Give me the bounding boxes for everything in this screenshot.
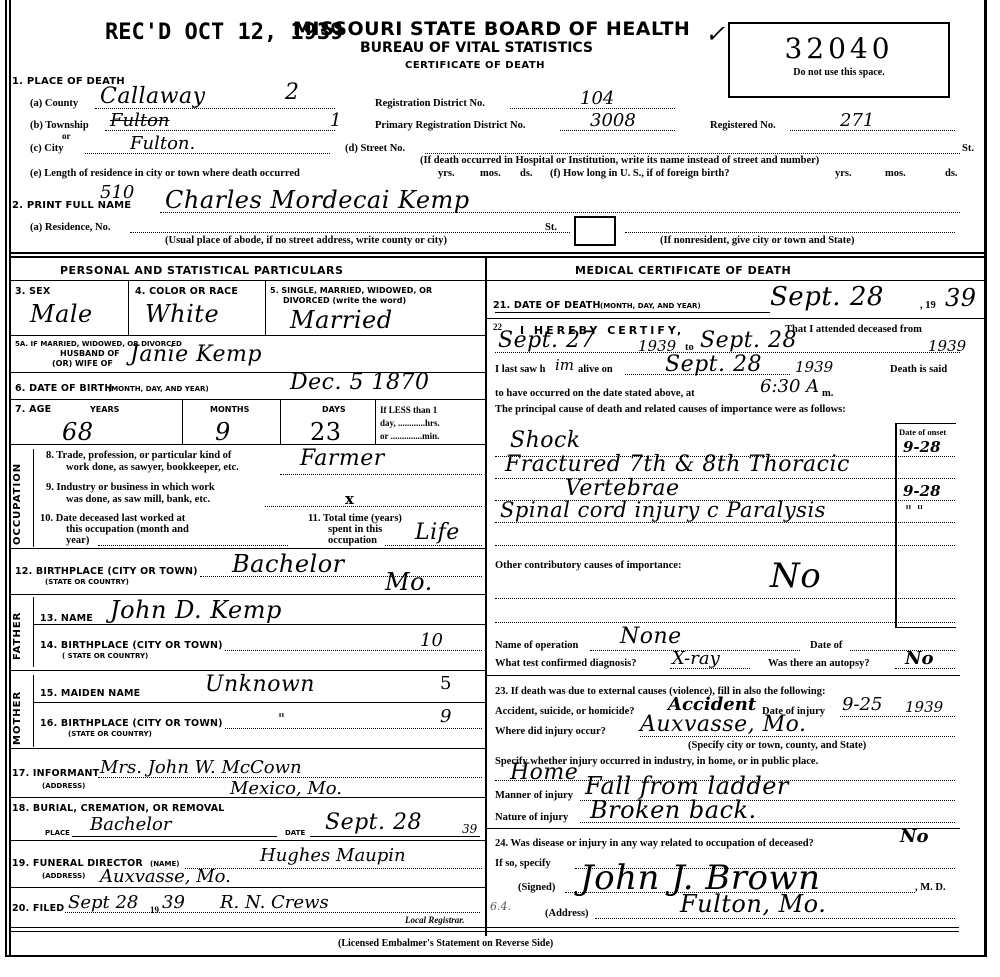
city-line bbox=[85, 153, 330, 154]
days-label: DAYS bbox=[322, 405, 346, 414]
age-label: 7. AGE bbox=[15, 404, 51, 415]
industry-label: 9. Industry or business in which work bbox=[46, 482, 215, 493]
total-time-value[interactable]: Life bbox=[415, 520, 460, 545]
informant-addr-label: (ADDRESS) bbox=[42, 782, 85, 790]
reg-district-value[interactable]: 104 bbox=[580, 88, 614, 109]
years-value[interactable]: 68 bbox=[62, 418, 94, 446]
rule bbox=[9, 840, 485, 841]
spouse-label-3: (OR) WIFE OF bbox=[52, 359, 113, 368]
primary-reg-label: Primary Registration District No. bbox=[375, 120, 525, 131]
father-name-value[interactable]: John D. Kemp bbox=[110, 596, 282, 624]
rule bbox=[485, 828, 960, 829]
filed-year-prefix: 19 bbox=[150, 905, 159, 915]
rule bbox=[485, 675, 960, 676]
occ-related-value[interactable]: No bbox=[900, 826, 928, 847]
burial-label: 18. BURIAL, CREMATION, OR REMOVAL bbox=[12, 803, 225, 814]
mother-bp-value[interactable]: " bbox=[278, 710, 285, 728]
city-label: (c) City bbox=[30, 143, 64, 154]
burial-date-line bbox=[310, 836, 480, 837]
injury-year[interactable]: 1939 bbox=[905, 698, 943, 716]
burial-place-label: PLACE bbox=[45, 829, 70, 837]
separator bbox=[9, 252, 984, 254]
rule bbox=[9, 594, 485, 595]
separator-2 bbox=[9, 256, 984, 258]
burial-place-line bbox=[72, 836, 277, 837]
margin-note: 6.4. bbox=[490, 900, 511, 913]
operation-date-line[interactable] bbox=[850, 650, 955, 651]
other-causes-line-1 bbox=[495, 598, 955, 599]
address-line bbox=[595, 918, 955, 919]
attended-from[interactable]: Sept. 27 bbox=[498, 328, 595, 353]
autopsy-value[interactable]: No bbox=[905, 648, 933, 669]
mother-bp-sub: (STATE OR COUNTRY) bbox=[68, 730, 152, 738]
rule bbox=[9, 748, 485, 749]
right-border bbox=[984, 0, 987, 955]
trade-label-2: work done, as sawyer, bookkeeper, etc. bbox=[66, 462, 239, 473]
informant-label: 17. INFORMANT bbox=[12, 768, 99, 779]
residence-note: (Usual place of abode, if no street addr… bbox=[165, 235, 447, 246]
county-value[interactable]: Callaway bbox=[100, 84, 206, 109]
rule bbox=[33, 624, 485, 625]
registered-no-label: Registered No. bbox=[710, 120, 776, 131]
father-side-label: FATHER bbox=[12, 612, 23, 660]
external-label: 23. If death was due to external causes … bbox=[495, 686, 825, 697]
mother-name-label: 15. MAIDEN NAME bbox=[40, 688, 140, 699]
file-number: 32040 bbox=[730, 32, 948, 65]
birthplace-label: 12. BIRTHPLACE (CITY OR TOWN) bbox=[15, 566, 198, 577]
cause-intro: The principal cause of death and related… bbox=[495, 404, 846, 415]
onset-3[interactable]: 9-28 bbox=[903, 482, 941, 500]
file-note: Do not use this space. bbox=[730, 67, 948, 78]
or-label: or bbox=[62, 131, 71, 141]
residence-line[interactable] bbox=[130, 232, 570, 233]
less-label-2: day, ............hrs. bbox=[380, 418, 440, 428]
last-saw-date[interactable]: Sept. 28 bbox=[665, 352, 762, 377]
rule bbox=[280, 400, 281, 444]
separator-bottom-2 bbox=[9, 931, 959, 932]
death-said: Death is said bbox=[890, 364, 947, 375]
nature-label: Nature of injury bbox=[495, 812, 568, 823]
rule bbox=[9, 797, 485, 798]
if-so-label: If so, specify bbox=[495, 858, 551, 869]
burial-date-value[interactable]: Sept. 28 bbox=[325, 810, 422, 835]
spouse-label-2: HUSBAND OF bbox=[60, 349, 120, 358]
occupation-side-label: OCCUPATION bbox=[12, 463, 23, 545]
total-time-label: 11. Total time (years) bbox=[308, 513, 402, 524]
onset-bottom bbox=[896, 627, 956, 628]
township-value[interactable]: Fulton bbox=[110, 110, 170, 131]
mother-bp-code: 9 bbox=[440, 706, 451, 727]
separator-bottom bbox=[9, 927, 959, 928]
primary-reg-value[interactable]: 3008 bbox=[590, 110, 636, 131]
footer-note: (Licensed Embalmer's Statement on Revers… bbox=[338, 938, 553, 949]
funeral-addr-value[interactable]: Auxvasse, Mo. bbox=[100, 866, 231, 887]
signed-label: (Signed) bbox=[518, 882, 555, 893]
race-value[interactable]: White bbox=[145, 300, 219, 328]
mos-label: mos. bbox=[480, 168, 501, 179]
last-saw-label: I last saw h bbox=[495, 364, 545, 375]
address-label: (Address) bbox=[545, 908, 589, 919]
bottom-border bbox=[5, 955, 987, 957]
last-worked-line[interactable] bbox=[98, 545, 288, 546]
nature-value[interactable]: Broken back. bbox=[590, 796, 757, 824]
occurred-label: to have occurred on the date stated abov… bbox=[495, 388, 695, 399]
father-bp-sub: ( STATE OR COUNTRY) bbox=[62, 652, 148, 660]
where-note: (Specify city or town, county, and State… bbox=[688, 740, 866, 751]
race-label: 4. COLOR OR RACE bbox=[135, 286, 238, 297]
cause-line-2 bbox=[495, 478, 955, 479]
mother-side-label: MOTHER bbox=[12, 691, 23, 745]
township-label: (b) Township bbox=[30, 120, 89, 131]
trade-label: 8. Trade, profession, or particular kind… bbox=[46, 450, 231, 461]
dod-year[interactable]: 39 bbox=[945, 284, 977, 312]
onset-1[interactable]: 9-28 bbox=[903, 438, 941, 456]
file-number-box: 32040 Do not use this space. bbox=[728, 22, 950, 98]
rule bbox=[485, 280, 984, 281]
onset-label: Date of onset bbox=[899, 427, 946, 437]
father-bp-label: 14. BIRTHPLACE (CITY OR TOWN) bbox=[40, 640, 223, 651]
industry-line bbox=[265, 506, 482, 507]
father-bp-line[interactable] bbox=[225, 650, 482, 651]
operation-date-label: Date of bbox=[810, 640, 842, 651]
attended-to-year[interactable]: 1939 bbox=[928, 337, 966, 355]
last-saw-year[interactable]: 1939 bbox=[795, 358, 833, 376]
total-time-label-3: occupation bbox=[328, 535, 377, 546]
dob-label: 6. DATE OF BIRTH bbox=[15, 383, 112, 394]
rule bbox=[9, 335, 485, 336]
burial-year[interactable]: 39 bbox=[462, 822, 477, 836]
onset-top bbox=[896, 423, 956, 424]
manner-label: Manner of injury bbox=[495, 790, 573, 801]
rule bbox=[9, 887, 485, 888]
mother-name-code: 5 bbox=[440, 673, 451, 694]
less-label-3: or ..............min. bbox=[380, 431, 439, 441]
rule bbox=[33, 702, 485, 703]
trade-value[interactable]: Farmer bbox=[300, 446, 385, 471]
cause-line-5 bbox=[495, 545, 955, 546]
birthplace-sub: (STATE OR COUNTRY) bbox=[45, 578, 129, 586]
operation-label: Name of operation bbox=[495, 640, 578, 651]
where-label: Where did injury occur? bbox=[495, 726, 606, 737]
rule bbox=[9, 280, 485, 281]
onset-4[interactable]: " " bbox=[905, 502, 924, 520]
county-label: (a) County bbox=[30, 98, 78, 109]
yrs-label-2: yrs. bbox=[835, 168, 852, 179]
dod-value[interactable]: Sept. 28 bbox=[770, 282, 884, 312]
registrar-value[interactable]: R. N. Crews bbox=[220, 892, 329, 913]
document-subtitle: BUREAU OF VITAL STATISTICS bbox=[360, 40, 593, 56]
operation-value[interactable]: None bbox=[620, 624, 682, 649]
birthplace-city[interactable]: Bachelor bbox=[232, 550, 345, 578]
ds-label: ds. bbox=[520, 168, 533, 179]
burial-date-label: DATE bbox=[285, 829, 305, 837]
column-divider bbox=[485, 258, 487, 936]
residence-box bbox=[574, 216, 616, 246]
time-value[interactable]: 6:30 A bbox=[760, 376, 819, 397]
filed-value[interactable]: Sept 28 bbox=[68, 892, 138, 913]
cause-4[interactable]: Spinal cord injury c Paralysis bbox=[500, 498, 826, 522]
last-worked-label: 10. Date deceased last worked at bbox=[40, 513, 185, 524]
filed-label: 20. FILED bbox=[12, 903, 64, 914]
left-border bbox=[5, 0, 7, 955]
total-time-line bbox=[385, 545, 482, 546]
registered-no-value[interactable]: 271 bbox=[840, 110, 874, 131]
dod-underline bbox=[495, 312, 770, 313]
dob-value[interactable]: Dec. 5 1870 bbox=[290, 370, 429, 395]
trade-line bbox=[280, 474, 482, 475]
spouse-value[interactable]: Janie Kemp bbox=[130, 342, 262, 367]
nonresident-line[interactable] bbox=[625, 232, 955, 233]
test-value[interactable]: X-ray bbox=[672, 648, 720, 669]
injury-date-line bbox=[840, 716, 955, 717]
township-code: 1 bbox=[330, 110, 341, 131]
full-name-value[interactable]: Charles Mordecai Kemp bbox=[165, 186, 470, 214]
last-saw-pronoun[interactable]: im bbox=[555, 356, 574, 374]
document-title: MISSOURI STATE BOARD OF HEALTH bbox=[293, 18, 690, 40]
other-causes-line-2 bbox=[495, 622, 955, 623]
last-worked-label-2: this occupation (month and bbox=[66, 524, 189, 535]
rule bbox=[375, 400, 376, 444]
sex-value[interactable]: Male bbox=[30, 300, 93, 328]
street-suffix: St. bbox=[962, 143, 974, 154]
burial-place-value[interactable]: Bachelor bbox=[90, 814, 171, 835]
industry-label-2: was done, as saw mill, bank, etc. bbox=[66, 494, 210, 505]
mother-bp-label: 16. BIRTHPLACE (CITY OR TOWN) bbox=[40, 718, 223, 729]
informant-addr-value[interactable]: Mexico, Mo. bbox=[230, 778, 342, 799]
specify-value[interactable]: Home bbox=[510, 760, 578, 785]
rule bbox=[128, 281, 129, 335]
certify-text: That I attended deceased from bbox=[785, 324, 922, 335]
rule bbox=[9, 670, 485, 671]
county-code: 2 bbox=[285, 80, 300, 105]
check-mark: ✓ bbox=[705, 20, 725, 48]
ds-label-2: ds. bbox=[945, 168, 958, 179]
funeral-value[interactable]: Hughes Maupin bbox=[260, 845, 406, 866]
attended-to[interactable]: Sept. 28 bbox=[700, 328, 797, 353]
registrar-label: Local Registrar. bbox=[405, 915, 465, 925]
rule bbox=[33, 597, 34, 667]
less-label: If LESS than 1 bbox=[380, 405, 437, 415]
yrs-label: yrs. bbox=[438, 168, 455, 179]
length-residence-label: (e) Length of residence in city or town … bbox=[30, 168, 300, 179]
industry-value[interactable]: x bbox=[345, 490, 354, 508]
test-label: What test confirmed diagnosis? bbox=[495, 658, 636, 669]
rule bbox=[182, 400, 183, 444]
mother-bp-line bbox=[225, 728, 482, 729]
months-label: MONTHS bbox=[210, 405, 249, 414]
marital-label-2: DIVORCED (write the word) bbox=[283, 296, 406, 305]
sex-label: 3. SEX bbox=[15, 286, 50, 297]
dod-year-prefix: , 19 bbox=[920, 300, 936, 311]
left-border-inner bbox=[9, 0, 11, 955]
cause-1[interactable]: Shock bbox=[510, 428, 581, 453]
where-value[interactable]: Auxvasse, Mo. bbox=[640, 712, 806, 737]
medical-heading: MEDICAL CERTIFICATE OF DEATH bbox=[575, 264, 791, 277]
rule bbox=[9, 548, 485, 549]
cause-line-4 bbox=[495, 522, 955, 523]
birthplace-state[interactable]: Mo. bbox=[385, 568, 433, 596]
street-label: (d) Street No. bbox=[345, 143, 405, 154]
hospital-note: (If death occurred in Hospital or Instit… bbox=[420, 155, 819, 166]
foreign-label: (f) How long in U. S., if of foreign bir… bbox=[550, 168, 729, 179]
rule bbox=[9, 444, 485, 445]
personal-heading: PERSONAL AND STATISTICAL PARTICULARS bbox=[60, 264, 343, 277]
dod-sub: (MONTH, DAY, AND YEAR) bbox=[600, 302, 701, 310]
marital-value[interactable]: Married bbox=[290, 306, 393, 334]
other-causes-value[interactable]: No bbox=[770, 556, 821, 596]
rule bbox=[33, 675, 34, 747]
days-value[interactable]: 23 bbox=[310, 418, 342, 446]
nonresident-note: (If nonresident, give city or town and S… bbox=[660, 235, 854, 246]
rule bbox=[485, 318, 984, 319]
rule bbox=[9, 399, 485, 400]
alive-on-label: alive on bbox=[578, 364, 613, 375]
full-name-code: 510 bbox=[100, 182, 134, 203]
informant-value[interactable]: Mrs. John W. McCown bbox=[100, 757, 302, 778]
father-bp-code: 10 bbox=[420, 630, 443, 651]
occ-related-label: 24. Was disease or injury in any way rel… bbox=[495, 838, 814, 849]
cause-2[interactable]: Fractured 7th & 8th Thoracic bbox=[505, 452, 850, 477]
years-label: YEARS bbox=[90, 405, 119, 414]
city-value[interactable]: Fulton. bbox=[130, 133, 195, 154]
reg-district-label: Registration District No. bbox=[375, 98, 485, 109]
time-suffix: m. bbox=[822, 388, 833, 399]
rule bbox=[265, 281, 266, 335]
funeral-addr-label: (ADDRESS) bbox=[42, 872, 85, 880]
filed-year[interactable]: 39 bbox=[162, 892, 185, 913]
total-time-label-2: spent in this bbox=[328, 524, 382, 535]
form-name: CERTIFICATE OF DEATH bbox=[405, 60, 545, 71]
residence-st: St. bbox=[545, 222, 557, 233]
rule bbox=[33, 449, 34, 547]
autopsy-label: Was there an autopsy? bbox=[768, 658, 870, 669]
address-value[interactable]: Fulton, Mo. bbox=[680, 890, 826, 918]
months-value[interactable]: 9 bbox=[215, 418, 231, 446]
last-worked-label-3: year) bbox=[66, 535, 89, 546]
other-causes-label: Other contributory causes of importance: bbox=[495, 560, 681, 571]
street-line[interactable] bbox=[425, 153, 960, 154]
accident-label: Accident, suicide, or homicide? bbox=[495, 706, 635, 717]
dod-label: 21. DATE OF DEATH bbox=[493, 300, 601, 311]
md-label: , M. D. bbox=[915, 882, 946, 893]
mother-name-value[interactable]: Unknown bbox=[205, 672, 315, 697]
injury-date-value[interactable]: 9-25 bbox=[842, 694, 882, 715]
mos-label-2: mos. bbox=[885, 168, 906, 179]
father-name-label: 13. NAME bbox=[40, 613, 93, 624]
dob-sub: (MONTH, DAY, AND YEAR) bbox=[108, 385, 209, 393]
residence-label: (a) Residence, No. bbox=[30, 222, 110, 233]
marital-label: 5. SINGLE, MARRIED, WIDOWED, OR bbox=[270, 286, 432, 295]
